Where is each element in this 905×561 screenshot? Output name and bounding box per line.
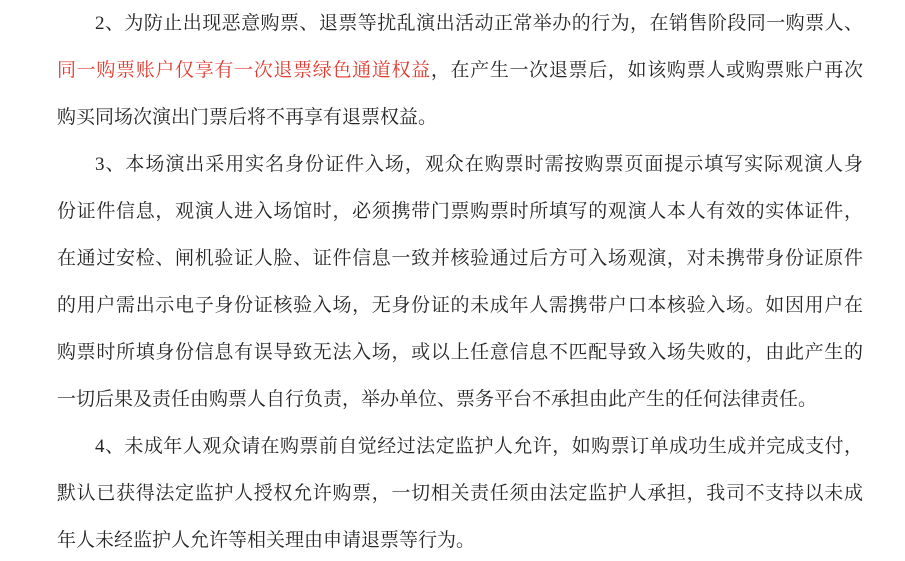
text-line: 4、未成年人观众请在购票前自觉经过法定监护人允许，如购票订单成功生成并完成支付， xyxy=(57,423,863,470)
text-segment: 份证件信息，观演人进入场馆时，必须携带门票购票时所填写的观演人本人有效的实体证件… xyxy=(57,201,863,222)
document-page: 2、为防止出现恶意购票、退票等扰乱演出活动正常举办的行为，在销售阶段同一购票人、… xyxy=(0,0,905,561)
clause-3-real-name-entry-policy: 3、本场演出采用实名身份证件入场，观众在购票时需按购票页面提示填写实际观演人身份… xyxy=(57,141,863,423)
text-segment: 3、本场演出采用实名身份证件入场，观众在购票时需按购票页面提示填写实际观演人身 xyxy=(95,154,863,175)
clause-2-refund-abuse-policy: 2、为防止出现恶意购票、退票等扰乱演出活动正常举办的行为，在销售阶段同一购票人、… xyxy=(57,0,863,141)
text-segment: 年人未经监护人允许等相关理由申请退票等行为。 xyxy=(57,530,475,551)
text-line: 份证件信息，观演人进入场馆时，必须携带门票购票时所填写的观演人本人有效的实体证件… xyxy=(57,188,863,235)
text-line: 购买同场次演出门票后将不再享有退票权益。 xyxy=(57,94,863,141)
text-segment: ，在产生一次退票后，如该购票人或购票账户再次 xyxy=(431,60,863,81)
text-line: 同一购票账户仅享有一次退票绿色通道权益，在产生一次退票后，如该购票人或购票账户再… xyxy=(57,47,863,94)
text-line: 默认已获得法定监护人授权允许购票，一切相关责任须由法定监护人承担，我司不支持以未… xyxy=(57,470,863,517)
clause-4-minor-purchase-policy: 4、未成年人观众请在购票前自觉经过法定监护人允许，如购票订单成功生成并完成支付，… xyxy=(57,423,863,561)
text-segment: 4、未成年人观众请在购票前自觉经过法定监护人允许，如购票订单成功生成并完成支付， xyxy=(95,436,863,457)
text-segment: 在通过安检、闸机验证人脸、证件信息一致并核验通过后方可入场观演，对未携带身份证原… xyxy=(57,248,863,269)
text-segment: 默认已获得法定监护人授权允许购票，一切相关责任须由法定监护人承担，我司不支持以未… xyxy=(57,483,863,504)
text-line: 年人未经监护人允许等相关理由申请退票等行为。 xyxy=(57,517,863,561)
text-line: 的用户需出示电子身份证核验入场，无身份证的未成年人需携带户口本核验入场。如因用户… xyxy=(57,282,863,329)
text-line: 购票时所填身份信息有误导致无法入场，或以上任意信息不匹配导致入场失败的，由此产生… xyxy=(57,329,863,376)
text-segment: 的用户需出示电子身份证核验入场，无身份证的未成年人需携带户口本核验入场。如因用户… xyxy=(57,295,863,316)
text-segment: 购票时所填身份信息有误导致无法入场，或以上任意信息不匹配导致入场失败的，由此产生… xyxy=(57,342,863,363)
text-line: 3、本场演出采用实名身份证件入场，观众在购票时需按购票页面提示填写实际观演人身 xyxy=(57,141,863,188)
text-segment: 购买同场次演出门票后将不再享有退票权益。 xyxy=(57,107,437,128)
text-segment: 一切后果及责任由购票人自行负责，举办单位、票务平台不承担由此产生的任何法律责任。 xyxy=(57,389,817,410)
text-line: 在通过安检、闸机验证人脸、证件信息一致并核验通过后方可入场观演，对未携带身份证原… xyxy=(57,235,863,282)
text-segment: 2、为防止出现恶意购票、退票等扰乱演出活动正常举办的行为，在销售阶段同一购票人、 xyxy=(95,13,863,34)
highlighted-refund-limit-text: 同一购票账户仅享有一次退票绿色通道权益 xyxy=(57,60,431,81)
text-line: 2、为防止出现恶意购票、退票等扰乱演出活动正常举办的行为，在销售阶段同一购票人、 xyxy=(57,0,863,47)
text-line: 一切后果及责任由购票人自行负责，举办单位、票务平台不承担由此产生的任何法律责任。 xyxy=(57,376,863,423)
document-body: 2、为防止出现恶意购票、退票等扰乱演出活动正常举办的行为，在销售阶段同一购票人、… xyxy=(0,0,863,561)
